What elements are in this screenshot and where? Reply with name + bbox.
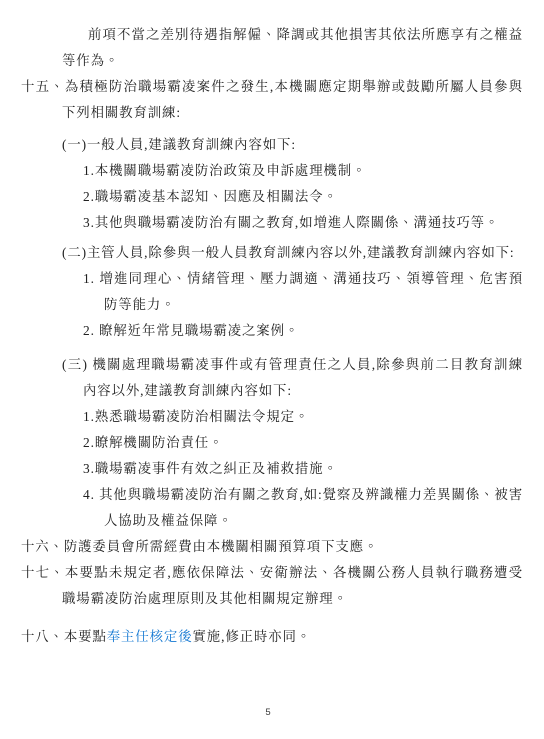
item-15-sub-1-point-3: 3.其他與職場霸凌防治有關之教育,如增進人際關係、溝通技巧等。 [21,210,523,236]
page-number: 5 [0,706,536,720]
paragraph-continuation: 前項不當之差別待遇指解僱、降調或其他損害其依法所應享有之權益等作為。 [21,22,523,74]
item-15-sub-1-heading: (一)一般人員,建議教育訓練內容如下: [21,132,523,158]
revision-highlight: 奉主任核定後 [107,629,193,644]
item-15-sub-3-point-1: 1.熟悉職場霸凌防治相關法令規定。 [21,404,523,430]
item-15-sub-3-point-4: 4. 其他與職場霸凌防治有關之教育,如:覺察及辨識權力差異關係、被害人協助及權益… [21,482,523,534]
document-body: 前項不當之差別待遇指解僱、降調或其他損害其依法所應享有之權益等作為。 十五、為積… [21,22,523,650]
item-15-sub-3-point-3: 3.職場霸凌事件有效之糾正及補救措施。 [21,456,523,482]
item-18-suffix: 實施,修正時亦同。 [193,629,312,644]
item-15-sub-2-heading: (二)主管人員,除參與一般人員教育訓練內容以外,建議教育訓練內容如下: [21,240,523,266]
item-15-sub-1-point-1: 1.本機關職場霸凌防治政策及申訴處理機制。 [21,158,523,184]
item-15-sub-2-point-1: 1. 增進同理心、情緒管理、壓力調適、溝通技巧、領導管理、危害預防等能力。 [21,266,523,318]
item-15-sub-3-heading: (三) 機關處理職場霸凌事件或有管理責任之人員,除參與前二目教育訓練內容以外,建… [21,352,523,404]
item-16: 十六、防護委員會所需經費由本機關相關預算項下支應。 [21,534,523,560]
item-17: 十七、本要點未規定者,應依保障法、安衛辦法、各機關公務人員執行職務遭受職場霸凌防… [21,560,523,612]
item-15-sub-3-point-2: 2.瞭解機關防治責任。 [21,430,523,456]
item-15-heading: 十五、為積極防治職場霸凌案件之發生,本機關應定期舉辦或鼓勵所屬人員參與下列相關教… [21,74,523,126]
item-18-prefix: 十八、本要點 [21,629,107,644]
document-page: 前項不當之差別待遇指解僱、降調或其他損害其依法所應享有之權益等作為。 十五、為積… [0,0,544,739]
item-15-sub-2-point-2: 2. 瞭解近年常見職場霸凌之案例。 [21,318,523,344]
item-15-sub-1-point-2: 2.職場霸凌基本認知、因應及相關法令。 [21,184,523,210]
item-18: 十八、本要點奉主任核定後實施,修正時亦同。 [21,624,523,650]
